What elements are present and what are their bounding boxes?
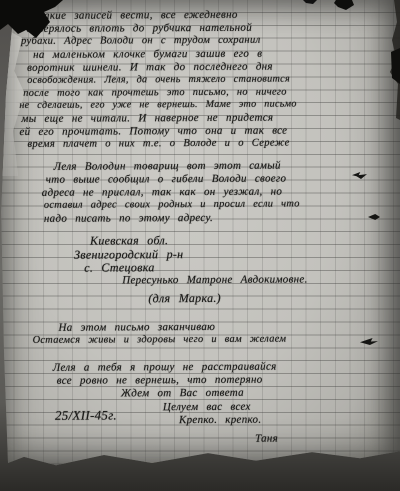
handwritten-line: Остаемся живы и здоровы чего и вам желае… xyxy=(33,334,287,346)
handwritten-line: Крепко. крепко. xyxy=(179,414,261,426)
handwritten-line: адреса не прислал, так как он уезжал, но xyxy=(42,186,282,199)
handwritten-line: какие записей вести, все ежедневно xyxy=(39,9,238,22)
handwritten-line: не сделаешь, его уже не вернешь. Маме эт… xyxy=(19,98,296,110)
handwritten-line: оставил адрес своих родных и просил если… xyxy=(44,198,300,210)
handwritten-line: на маленьком клочке бумаги зашив его в xyxy=(33,48,262,61)
handwritten-line: Таня xyxy=(255,433,278,445)
photograph-background: какие записей вести, все ежедневноповеря… xyxy=(0,0,400,491)
handwritten-line: все ровно не вернешь, что потеряно xyxy=(57,374,263,387)
handwritten-line: мы еще не читали. И наверное не придется xyxy=(21,112,273,125)
handwritten-line: воротник шинели. И так до последнего дня xyxy=(27,61,273,74)
handwritten-line: рубахи. Адрес Володи он с трудом сохрани… xyxy=(21,35,261,47)
handwritten-line: Целуем вас всех xyxy=(163,401,251,413)
handwritten-line: надо писать по этому адресу. xyxy=(44,212,213,225)
handwritten-line: поверялось вплоть до рубчика нательной xyxy=(27,22,252,35)
handwritten-line: что выше сообщил о гибели Володи своего xyxy=(46,173,287,186)
handwritten-line: Леля а тебя я прошу не расстраивайся xyxy=(53,361,277,374)
handwritten-line: время плачет о них т.е. о Володе и о Сер… xyxy=(27,138,289,150)
handwritten-line: освобождения. Леля, да очень тяжело стан… xyxy=(27,74,290,86)
letter-lines: какие записей вести, все ежедневноповеря… xyxy=(0,0,400,471)
handwritten-line: Пересунько Матроне Авдокимовне. xyxy=(122,273,307,286)
handwritten-line: ей его прочитать. Потому что она и так в… xyxy=(19,125,287,138)
handwritten-line: Леля Володин товарищ вот этот самый xyxy=(54,160,281,173)
letter-paper: какие записей вести, все ежедневноповеря… xyxy=(0,0,400,470)
handwritten-line: 25/XII-45г. xyxy=(55,407,117,423)
handwritten-line: после того как прочтешь это письмо, но н… xyxy=(23,87,287,99)
handwritten-line: (для Марка.) xyxy=(148,291,221,306)
handwritten-line: На этом письмо заканчиваю xyxy=(58,321,215,334)
handwritten-line: Ждем от Вас ответа xyxy=(121,387,244,400)
